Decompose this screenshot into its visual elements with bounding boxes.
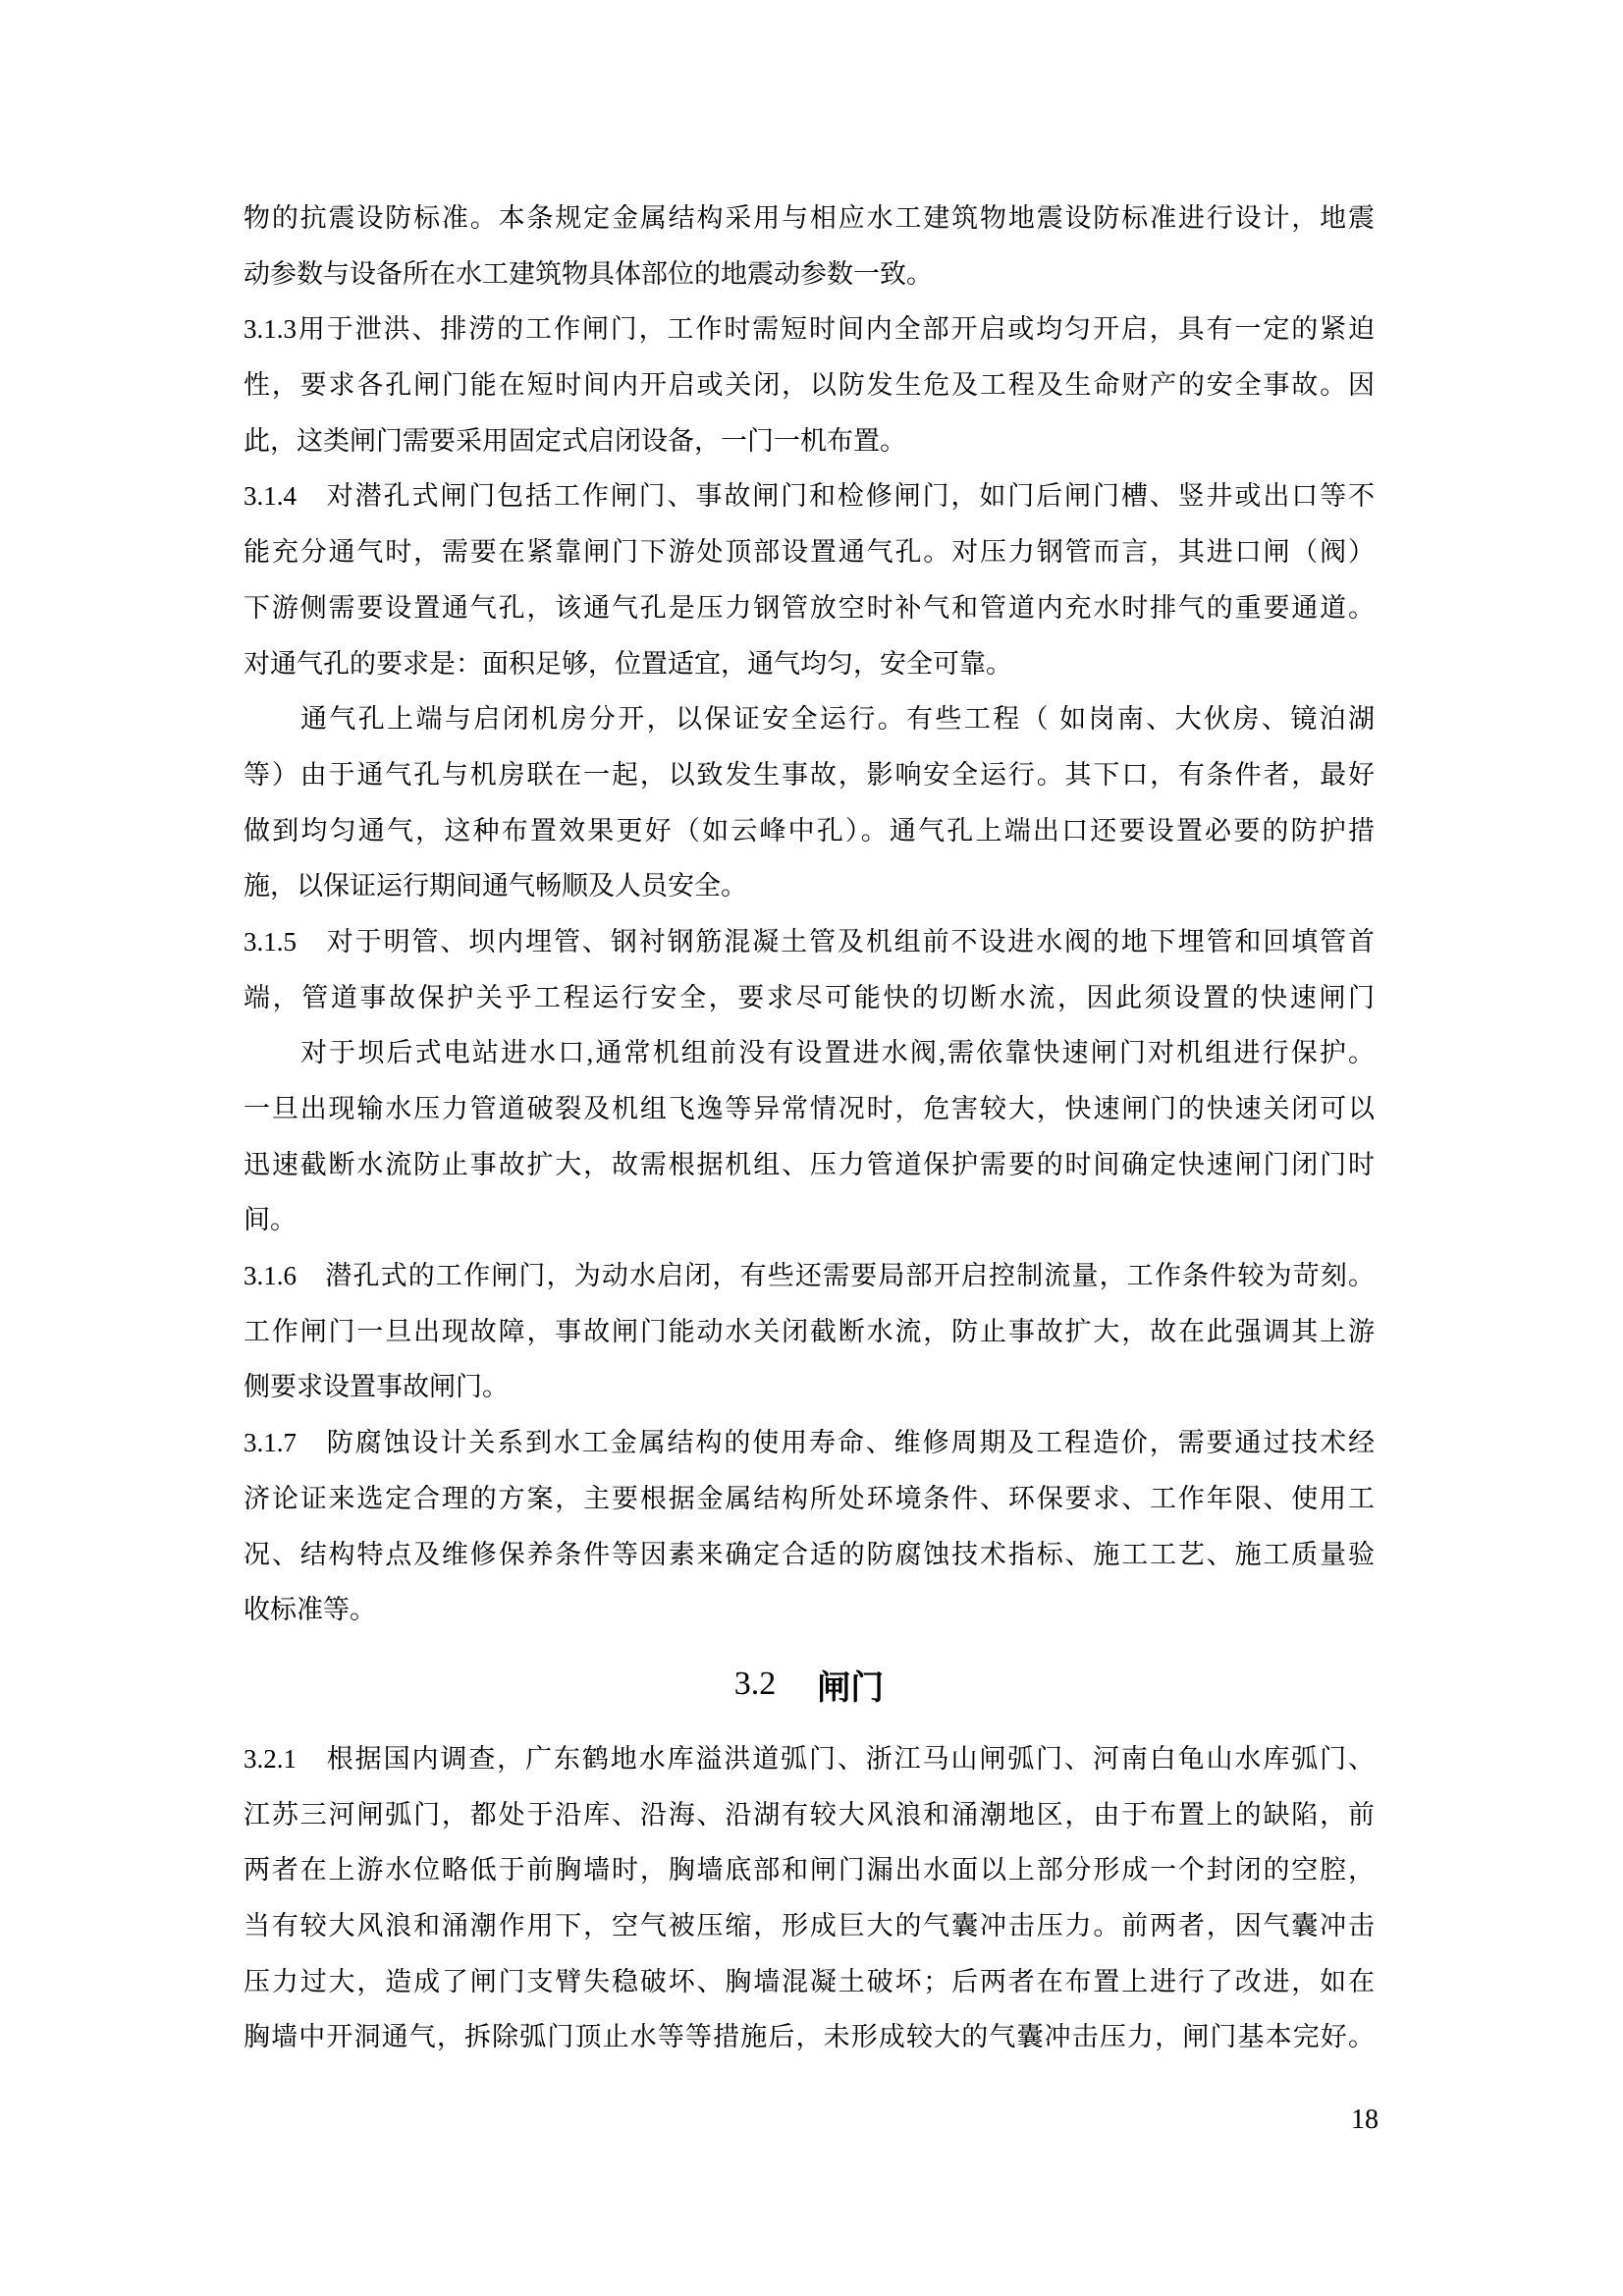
text-line: 通气孔上端与启闭机房分开，以保证安全运行。有些工程（ 如岗南、大伙房、镜泊湖	[243, 691, 1375, 747]
text-line: 下游侧需要设置通气孔，该通气孔是压力钢管放空时补气和管道内充水时排气的重要通道。	[243, 580, 1375, 636]
text-line: 能充分通气时，需要在紧靠闸门下游处顶部设置通气孔。对压力钢管而言，其进口闸（阀）	[243, 524, 1375, 580]
text-line: 一旦出现输水压力管道破裂及机组飞逸等异常情况时，危害较大，快速闸门的快速关闭可以	[243, 1081, 1375, 1137]
text-line: 间。	[243, 1192, 1375, 1248]
text-line: 况、结构特点及维修保养条件等因素来确定合适的防腐蚀技术指标、施工工艺、施工质量验	[243, 1527, 1375, 1583]
page-number: 18	[1351, 2104, 1379, 2137]
text-line: 此，这类闸门需要采用固定式启闭设备，一门一机布置。	[243, 413, 1375, 469]
text-line: 对通气孔的要求是：面积足够，位置适宜，通气均匀，安全可靠。	[243, 636, 1375, 692]
text-line: 3.1.4 对潜孔式闸门包括工作闸门、事故闸门和检修闸门，如门后闸门槽、竖井或出…	[243, 468, 1375, 524]
text-line: 3.1.5 对于明管、坝内埋管、钢衬钢筋混凝土管及机组前不设进水阀的地下埋管和回…	[243, 914, 1375, 970]
text-line: 3.2.1 根据国内调查，广东鹤地水库溢洪道弧门、浙江马山闸弧门、河南白龟山水库…	[243, 1731, 1375, 1787]
section-number: 3.2	[734, 1666, 777, 1703]
text-line: 济论证来选定合理的方案，主要根据金属结构所处环境条件、环保要求、工作年限、使用工	[243, 1471, 1375, 1527]
text-line: 3.1.3用于泄洪、排涝的工作闸门，工作时需短时间内全部开启或均匀开启，具有一定…	[243, 301, 1375, 357]
text-line: 胸墙中开洞通气，拆除弧门顶止水等等措施后，未形成较大的气囊冲击压力，闸门基本完好…	[243, 2009, 1375, 2065]
section-heading: 3.2 闸门	[243, 1638, 1375, 1731]
text-line: 压力过大，造成了闸门支臂失稳破坏、胸墙混凝土破坏；后两者在布置上进行了改进，如在	[243, 1954, 1375, 2010]
body-text-top: 物的抗震设防标准。本条规定金属结构采用与相应水工建筑物地震设防标准进行设计，地震…	[243, 191, 1375, 1638]
text-line: 做到均匀通气，这种布置效果更好（如云峰中孔）。通气孔上端出口还要设置必要的防护措	[243, 803, 1375, 859]
document-page: 物的抗震设防标准。本条规定金属结构采用与相应水工建筑物地震设防标准进行设计，地震…	[0, 0, 1623, 2296]
text-line: 动参数与设备所在水工建筑物具体部位的地震动参数一致。	[243, 246, 1375, 302]
text-line: 两者在上游水位略低于前胸墙时，胸墙底部和闸门漏出水面以上部分形成一个封闭的空腔，	[243, 1842, 1375, 1898]
text-line: 工作闸门一旦出现故障，事故闸门能动水关闭截断水流，防止事故扩大，故在此强调其上游	[243, 1304, 1375, 1360]
body-text-bottom: 3.2.1 根据国内调查，广东鹤地水库溢洪道弧门、浙江马山闸弧门、河南白龟山水库…	[243, 1731, 1375, 2065]
text-line: 侧要求设置事故闸门。	[243, 1359, 1375, 1415]
text-line: 对于坝后式电站进水口,通常机组前没有设置进水阀,需依靠快速闸门对机组进行保护。	[243, 1025, 1375, 1081]
text-line: 物的抗震设防标准。本条规定金属结构采用与相应水工建筑物地震设防标准进行设计，地震	[243, 191, 1375, 246]
text-line: 3.1.6 潜孔式的工作闸门，为动水启闭，有些还需要局部开启控制流量，工作条件较…	[243, 1248, 1375, 1304]
text-line: 端，管道事故保护关乎工程运行安全，要求尽可能快的切断水流，因此须设置的快速闸门	[243, 970, 1375, 1026]
text-line: 江苏三河闸弧门，都处于沿库、沿海、沿湖有较大风浪和涌潮地区，由于布置上的缺陷，前	[243, 1787, 1375, 1843]
text-line: 性，要求各孔闸门能在短时间内开启或关闭，以防发生危及工程及生命财产的安全事故。因	[243, 357, 1375, 413]
text-line: 迅速截断水流防止事故扩大，故需根据机组、压力管道保护需要的时间确定快速闸门闭门时	[243, 1137, 1375, 1193]
text-line: 当有较大风浪和涌潮作用下，空气被压缩，形成巨大的气囊冲击压力。前两者，因气囊冲击	[243, 1898, 1375, 1954]
text-line: 施，以保证运行期间通气畅顺及人员安全。	[243, 858, 1375, 914]
text-line: 收标准等。	[243, 1582, 1375, 1638]
document-body: 物的抗震设防标准。本条规定金属结构采用与相应水工建筑物地震设防标准进行设计，地震…	[243, 191, 1375, 2065]
text-line: 3.1.7 防腐蚀设计关系到水工金属结构的使用寿命、维修周期及工程造价，需要通过…	[243, 1415, 1375, 1471]
text-line: 等）由于通气孔与机房联在一起，以致发生事故，影响安全运行。其下口，有条件者，最好	[243, 747, 1375, 803]
section-title: 闸门	[817, 1661, 884, 1709]
